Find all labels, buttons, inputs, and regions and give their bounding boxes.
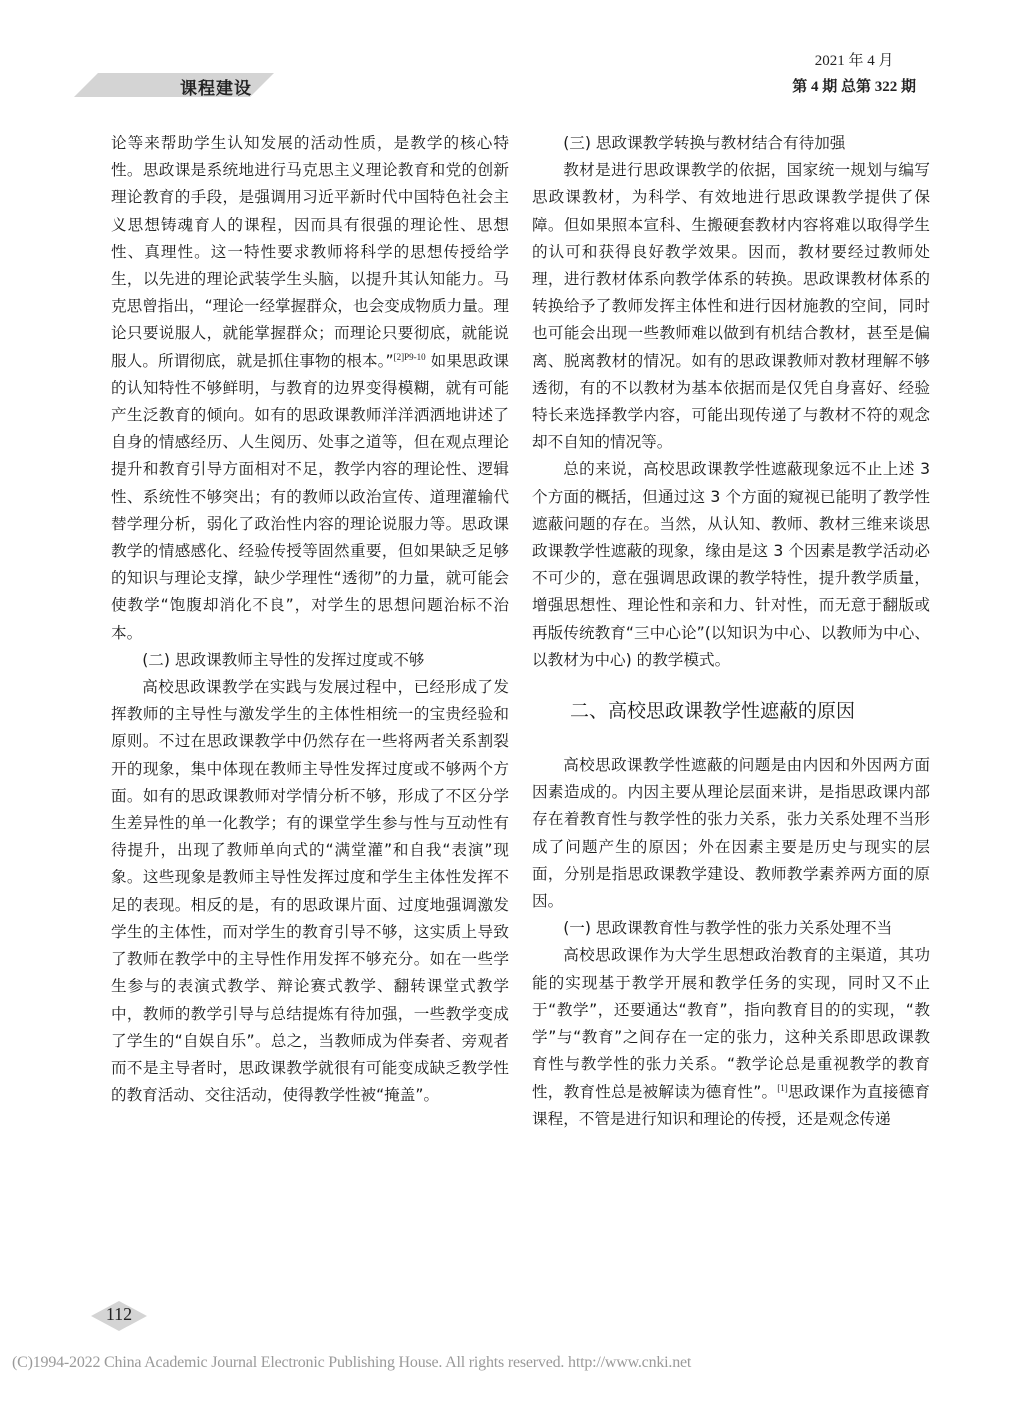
paragraph: 高校思政课教学性遮蔽的问题是由内因和外因两方面因素造成的。内因主要从理论层面来讲…	[532, 752, 930, 915]
paragraph: 教材是进行思政课教学的依据，国家统一规划与编写思政课教材，为科学、有效地进行思政…	[532, 157, 930, 456]
paragraph: 论等来帮助学生认知发展的活动性质，是教学的核心特性。思政课是系统地进行马克思主义…	[111, 130, 509, 647]
issue-date: 2021 年 4 月	[792, 48, 916, 74]
paragraph-text: 高校思政课作为大学生思想政治教育的主渠道，其功能的实现基于教学开展和教学任务的实…	[532, 946, 930, 1100]
paragraph-text: 论等来帮助学生认知发展的活动性质，是教学的核心特性。思政课是系统地进行马克思主义…	[111, 134, 509, 370]
paragraph: 高校思政课教学在实践与发展过程中，已经形成了发挥教师的主导性与激发学生的主体性相…	[111, 674, 509, 1109]
paragraph: 总的来说，高校思政课教学性遮蔽现象远不止上述 3 个方面的概括，但通过这 3 个…	[532, 456, 930, 674]
subsection-heading: (二) 思政课教师主导性的发挥过度或不够	[111, 647, 509, 674]
section-heading: 二、高校思政课教学性遮蔽的原因	[532, 696, 930, 726]
left-column: 论等来帮助学生认知发展的活动性质，是教学的核心特性。思政课是系统地进行马克思主义…	[111, 130, 509, 1109]
right-column: (三) 思政课教学转换与教材结合有待加强 教材是进行思政课教学的依据，国家统一规…	[532, 130, 930, 1133]
subsection-heading: (三) 思政课教学转换与教材结合有待加强	[532, 130, 930, 157]
paragraph-text: 如果思政课的认知特性不够鲜明，与教育的边界变得模糊，就有可能产生泛教育的倾向。如…	[111, 352, 509, 642]
copyright-notice: (C)1994-2022 China Academic Journal Elec…	[12, 1354, 1012, 1372]
citation: [1]	[777, 1083, 788, 1093]
issue-info: 2021 年 4 月 第 4 期 总第 322 期	[792, 48, 916, 100]
paragraph: 高校思政课作为大学生思想政治教育的主渠道，其功能的实现基于教学开展和教学任务的实…	[532, 942, 930, 1132]
page-number: 112	[91, 1304, 147, 1325]
subsection-heading: (一) 思政课教育性与教学性的张力关系处理不当	[532, 915, 930, 942]
citation: [2]P9-10	[394, 352, 426, 362]
section-label: 课程建设	[180, 74, 252, 99]
issue-number: 第 4 期 总第 322 期	[792, 74, 916, 100]
